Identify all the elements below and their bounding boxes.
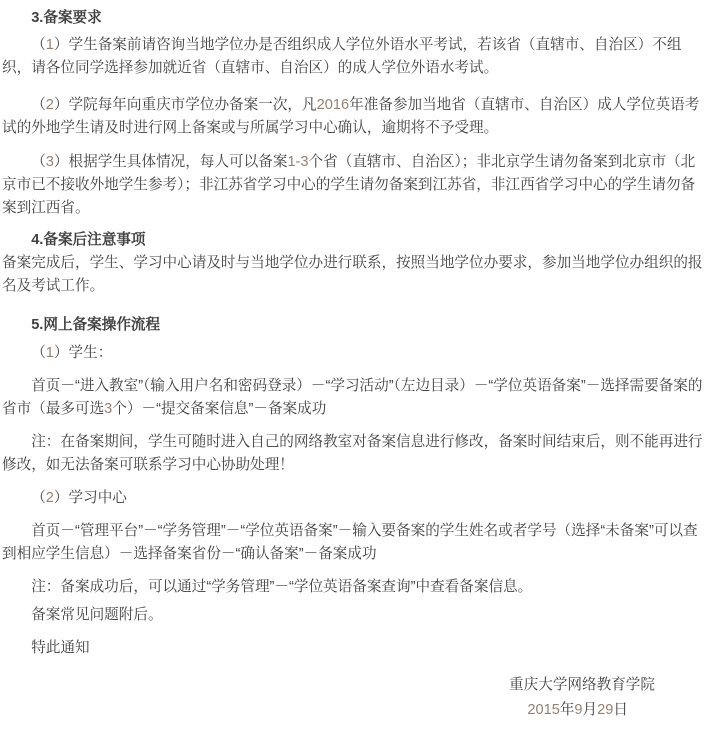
signature-date: 2015年9月29日 [2, 699, 708, 722]
procedure-center-note: 注：备案成功后，可以通过“学务管理”－“学位英语备案查询”中查看备案信息。 [2, 576, 708, 599]
procedure-center-label: （2）学习中心 [2, 487, 708, 510]
procedure-student-note: 注：在备案期间，学生可随时进入自己的网络教室对备案信息进行修改，备案时间结束后，… [2, 431, 708, 477]
procedure-student-label: （1）学生： [2, 342, 708, 365]
signature-organization: 重庆大学网络教育学院 [2, 674, 708, 697]
after-filing-body: 备案完成后，学生、学习中心请及时与当地学位办进行联系，按照当地学位办要求，参加当… [2, 252, 708, 298]
requirement-item-3: （3）根据学生具体情况，每人可以备案1-3个省（直辖市、自治区）；非北京学生请勿… [2, 151, 708, 220]
procedure-center-flow: 首页－“管理平台”－“学务管理”－“学位英语备案”－输入要备案的学生姓名或者学号… [2, 520, 708, 566]
appendix-note: 备案常见问题附后。 [2, 604, 708, 627]
notice-document: 3.备案要求 （1）学生备案前请咨询当地学位办是否组织成人学位外语水平考试，若该… [0, 0, 710, 722]
section-heading-filing-requirements: 3.备案要求 [2, 7, 708, 30]
closing-statement: 特此通知 [2, 637, 708, 660]
section-heading-after-filing-notes: 4.备案后注意事项 [2, 229, 708, 252]
section-heading-online-filing-procedure: 5.网上备案操作流程 [2, 314, 708, 337]
requirement-item-2: （2）学院每年向重庆市学位办备案一次，凡2016年准备参加当地省（直辖市、自治区… [2, 94, 708, 140]
requirement-item-1: （1）学生备案前请咨询当地学位办是否组织成人学位外语水平考试，若该省（直辖市、自… [2, 34, 708, 80]
procedure-student-flow: 首页－“进入教室”（输入用户名和密码登录）－“学习活动”（左边目录）－“学位英语… [2, 375, 708, 421]
